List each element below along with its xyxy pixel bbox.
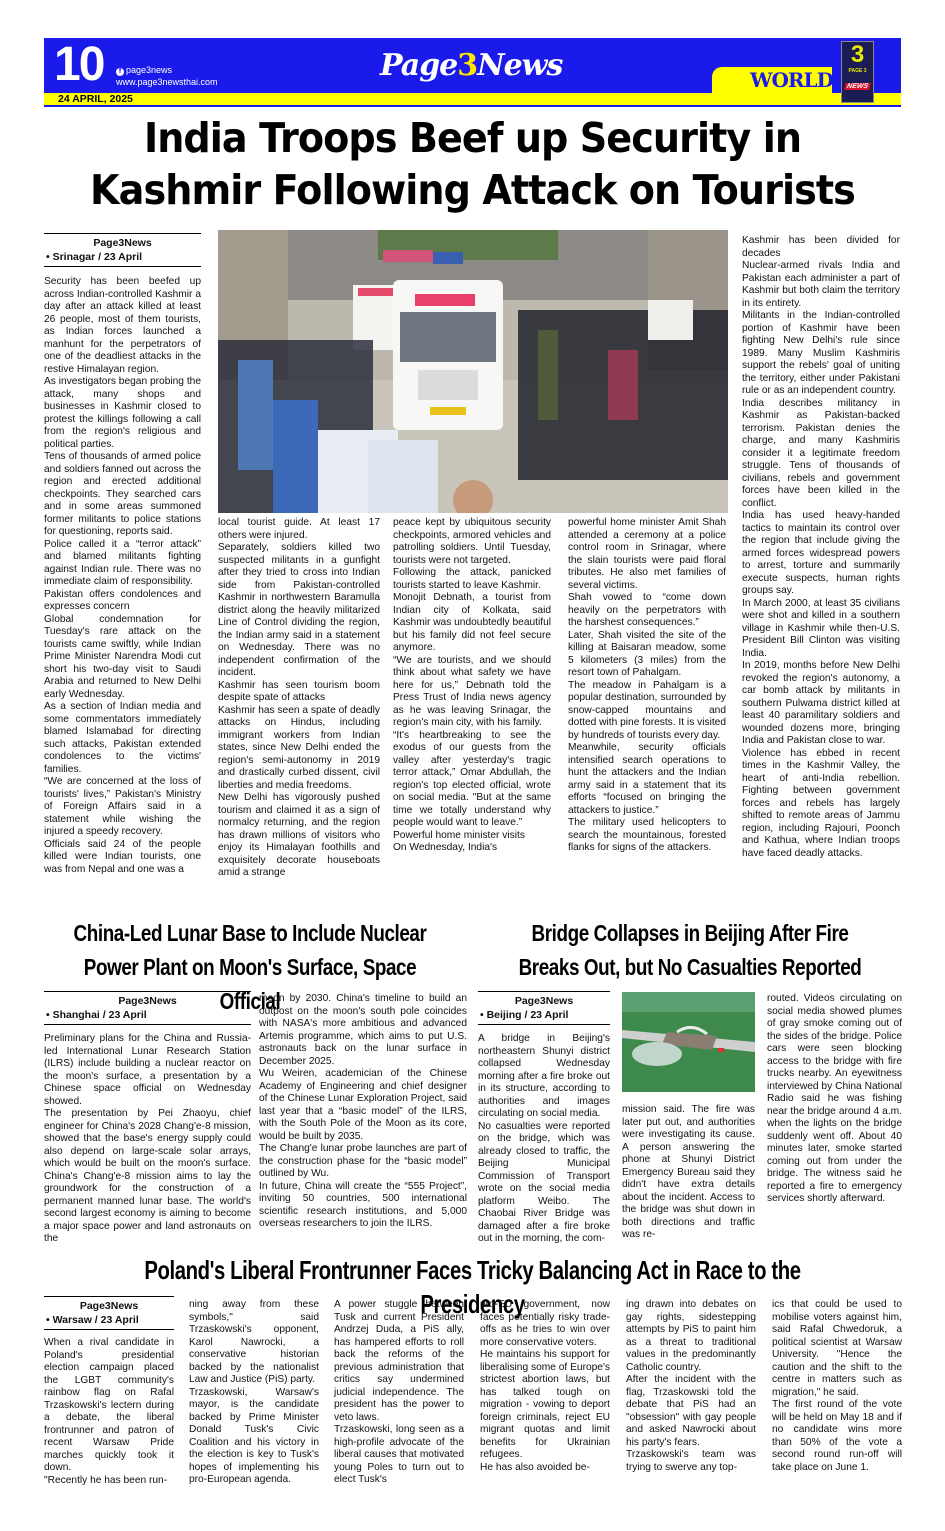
kashmir-column-5: Kashmir has been divided for decadesNucl… bbox=[742, 235, 900, 860]
poland-column-1: When a rival candidate in Poland's presi… bbox=[44, 1337, 174, 1487]
facebook-icon: f bbox=[116, 68, 124, 76]
bridge-column-3: routed. Videos circulating on social med… bbox=[767, 993, 902, 1206]
section-label: WORLD bbox=[750, 68, 833, 92]
masthead: 10 fpage3news www.page3newsthai.com 24 A… bbox=[44, 38, 901, 107]
poland-column-4: pro-EU government, now faces potentially… bbox=[480, 1299, 610, 1474]
kashmir-column-3: peace kept by ubiquitous security checkp… bbox=[393, 517, 551, 855]
poland-byline: Page3News • Warsaw / 23 April bbox=[44, 1296, 174, 1330]
kashmir-column-4: powerful home minister Amit Shah attende… bbox=[568, 517, 726, 855]
website-link[interactable]: www.page3newsthai.com bbox=[116, 76, 218, 88]
kashmir-byline: Page3News • Srinagar / 23 April bbox=[44, 233, 201, 267]
source: Page3News bbox=[478, 994, 610, 1008]
dateline: • Warsaw / 23 April bbox=[44, 1313, 174, 1327]
brand-logo: Page3News bbox=[380, 48, 562, 83]
issue-date: 24 APRIL, 2025 bbox=[58, 93, 133, 105]
poland-column-3: A power stuggle between Tusk and current… bbox=[334, 1299, 464, 1487]
bridge-photo bbox=[622, 992, 755, 1092]
bridge-column-2: mission said. The fire was later put out… bbox=[622, 1104, 755, 1242]
collapsed-bridge-image bbox=[622, 992, 755, 1092]
bridge-byline: Page3News • Beijing / 23 April bbox=[478, 991, 610, 1025]
kashmir-column-2: local tourist guide. At least 17 others … bbox=[218, 517, 380, 880]
ambulance-crowd-image bbox=[218, 230, 728, 513]
poland-column-2: ning away from these symbols," said Trza… bbox=[189, 1299, 319, 1487]
facebook-handle[interactable]: page3news bbox=[126, 65, 172, 75]
lunar-column-1: Preliminary plans for the China and Russ… bbox=[44, 1033, 251, 1246]
lunar-byline: Page3News • Shanghai / 23 April bbox=[44, 991, 251, 1025]
dateline: • Shanghai / 23 April bbox=[44, 1008, 251, 1022]
dateline: • Beijing / 23 April bbox=[478, 1008, 610, 1022]
page3-logo-badge: 3 PAGE 3 NEWS bbox=[841, 41, 874, 103]
lunar-column-2: moon by 2030. China's timeline to build … bbox=[259, 993, 467, 1231]
source: Page3News bbox=[44, 236, 201, 250]
dateline: • Srinagar / 23 April bbox=[44, 250, 201, 264]
source: Page3News bbox=[44, 994, 251, 1008]
bridge-headline: Bridge Collapses in Beijing After Fire B… bbox=[510, 916, 871, 984]
source: Page3News bbox=[44, 1299, 174, 1313]
poland-column-5: ing drawn into debates on gay rights, si… bbox=[626, 1299, 756, 1474]
kashmir-headline: India Troops Beef up Security in Kashmir… bbox=[74, 112, 871, 216]
bridge-column-1: A bridge in Beijing's northeastern Shuny… bbox=[478, 1033, 610, 1246]
page-number: 10 bbox=[54, 40, 103, 90]
social-links: fpage3news www.page3newsthai.com bbox=[116, 64, 218, 88]
kashmir-photo bbox=[218, 230, 728, 513]
kashmir-column-1: Security has been beefed up across India… bbox=[44, 276, 201, 876]
poland-column-6: ics that could be used to mobilise voter… bbox=[772, 1299, 902, 1474]
